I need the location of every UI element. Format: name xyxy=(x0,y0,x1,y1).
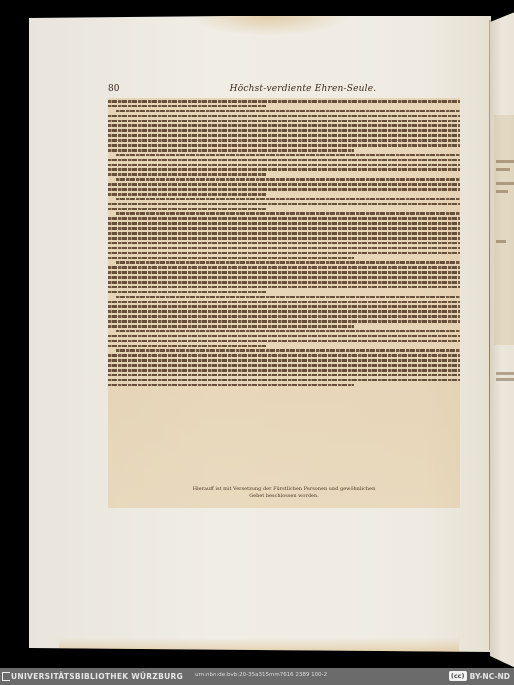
text-line xyxy=(108,242,460,245)
license-info[interactable]: (cc) BY-NC-ND xyxy=(449,671,510,681)
text-line xyxy=(108,369,460,372)
text-line xyxy=(108,193,266,196)
text-line xyxy=(108,305,460,308)
text-line xyxy=(108,252,460,255)
license-label: BY-NC-ND xyxy=(470,672,510,681)
closing-line-2: Gebet beschlossen worden. xyxy=(108,493,460,500)
paper-stain xyxy=(59,638,459,652)
institution-name: UNIVERSITÄTSBIBLIOTHEK WÜRZBURG xyxy=(11,672,183,681)
library-logo-icon xyxy=(2,672,10,681)
urn-identifier: urn:nbn:de:bvb:20-35a315mm7616 2389 100-… xyxy=(195,672,327,678)
text-line xyxy=(116,212,460,215)
text-line xyxy=(108,335,460,338)
text-line xyxy=(108,281,460,284)
text-line xyxy=(108,320,460,323)
text-line xyxy=(108,227,460,230)
closing-line-1: Hierauff ist mit Versetzung der Fürstlic… xyxy=(108,486,460,493)
text-line xyxy=(108,276,460,279)
text-line xyxy=(116,110,460,113)
text-line xyxy=(108,232,460,235)
text-line xyxy=(108,257,354,260)
text-line xyxy=(108,345,266,348)
text-line xyxy=(116,154,460,157)
text-line xyxy=(108,124,460,127)
bleed-line xyxy=(496,182,514,185)
text-line xyxy=(108,159,460,162)
page-header: 80 Höchst-verdiente Ehren-Seule. xyxy=(108,84,460,98)
text-line xyxy=(108,301,460,304)
text-line xyxy=(108,134,460,137)
text-line xyxy=(108,271,460,274)
running-title: Höchst-verdiente Ehren-Seule. xyxy=(203,84,403,94)
text-line xyxy=(108,208,266,211)
text-line xyxy=(108,100,460,103)
bleed-line xyxy=(496,168,510,171)
right-page-edge xyxy=(490,10,514,668)
bleed-line xyxy=(496,160,514,163)
text-line xyxy=(108,168,460,171)
text-line xyxy=(116,296,460,299)
text-line xyxy=(108,183,460,186)
text-line xyxy=(108,164,460,167)
text-line xyxy=(108,139,460,142)
text-line xyxy=(116,349,460,352)
text-line xyxy=(108,291,266,294)
viewer-footer: UNIVERSITÄTSBIBLIOTHEK WÜRZBURG urn:nbn:… xyxy=(0,668,514,685)
text-line xyxy=(108,340,460,343)
bleed-line xyxy=(496,378,514,381)
text-line xyxy=(108,222,460,225)
text-line xyxy=(108,286,460,289)
text-line xyxy=(108,374,460,377)
text-line xyxy=(108,354,460,357)
text-line xyxy=(108,120,460,123)
creative-commons-icon: (cc) xyxy=(449,671,467,681)
text-line xyxy=(108,203,460,206)
text-line xyxy=(116,330,460,333)
scan-viewer: 80 Höchst-verdiente Ehren-Seule. xyxy=(0,0,514,668)
text-line xyxy=(108,364,460,367)
institution-logo[interactable]: UNIVERSITÄTSBIBLIOTHEK WÜRZBURG xyxy=(2,671,183,682)
bleed-line xyxy=(496,372,514,375)
text-line xyxy=(108,266,460,269)
paper-stain xyxy=(189,16,349,36)
closing-note: Hierauff ist mit Versetzung der Fürstlic… xyxy=(108,486,460,500)
text-line xyxy=(116,178,460,181)
text-line xyxy=(108,217,460,220)
text-line xyxy=(108,325,354,328)
text-line xyxy=(108,384,354,387)
text-line xyxy=(108,359,460,362)
body-text-block xyxy=(108,98,460,508)
text-line xyxy=(108,173,266,176)
bleed-line xyxy=(496,190,508,193)
text-line xyxy=(108,310,460,313)
text-line xyxy=(108,144,460,147)
text-line xyxy=(108,115,460,118)
text-line xyxy=(108,188,460,191)
text-line xyxy=(108,379,460,382)
bleed-through-text xyxy=(494,115,514,345)
bleed-line xyxy=(496,240,506,243)
text-line xyxy=(108,149,354,152)
text-line xyxy=(108,237,460,240)
page-number: 80 xyxy=(108,84,119,94)
text-line xyxy=(116,261,460,264)
text-line xyxy=(108,129,460,132)
text-line xyxy=(108,315,460,318)
text-line xyxy=(108,247,460,250)
text-line xyxy=(116,198,460,201)
text-line xyxy=(108,105,266,108)
